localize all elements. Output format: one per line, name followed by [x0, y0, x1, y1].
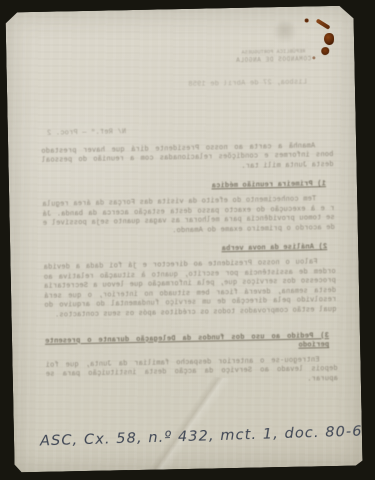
- ink-stain-streak: [316, 18, 331, 29]
- ink-stain-dot: [305, 18, 309, 22]
- section-2-heading: 2) Análise da nova verba: [43, 243, 327, 258]
- section-1-text: Tem conhecimento do efeito da visita das…: [42, 195, 335, 239]
- letterhead-line-2: COMANDOS DE ANGOLA: [208, 55, 338, 65]
- reference-line: N/ Ref.ª — Proc. 2: [47, 124, 333, 139]
- typewritten-body: N/ Ref.ª — Proc. 2 Amanhã a carta ao nos…: [41, 124, 338, 398]
- section-3-heading: 3) Pedido ao uso dos fundos da Delegação…: [45, 332, 329, 357]
- date-line: Lisboa, 27 de Abril de 1958: [67, 79, 307, 92]
- letterhead-crest-icon: [274, 21, 296, 45]
- ink-stain-blob: [324, 33, 334, 45]
- section-2-text: Falou o nosso Presidente ao director e j…: [43, 258, 336, 321]
- section-1-heading: 1) Primeira reunião médica: [42, 181, 326, 196]
- section-3-text: Entregou-se o anterior despacho familiar…: [45, 356, 338, 391]
- paragraph-intro: Amanhã a carta ao nosso Presidente dirá …: [41, 142, 334, 177]
- scanned-paper-sheet: REPÚBLICA PORTUGUESA COMANDOS DE ANGOLA …: [5, 6, 362, 473]
- letterhead: REPÚBLICA PORTUGUESA COMANDOS DE ANGOLA: [208, 48, 338, 65]
- archive-reference-annotation: ASC, Cx. 58, n.º 432, mct. 1, doc. 80-6: [40, 424, 340, 449]
